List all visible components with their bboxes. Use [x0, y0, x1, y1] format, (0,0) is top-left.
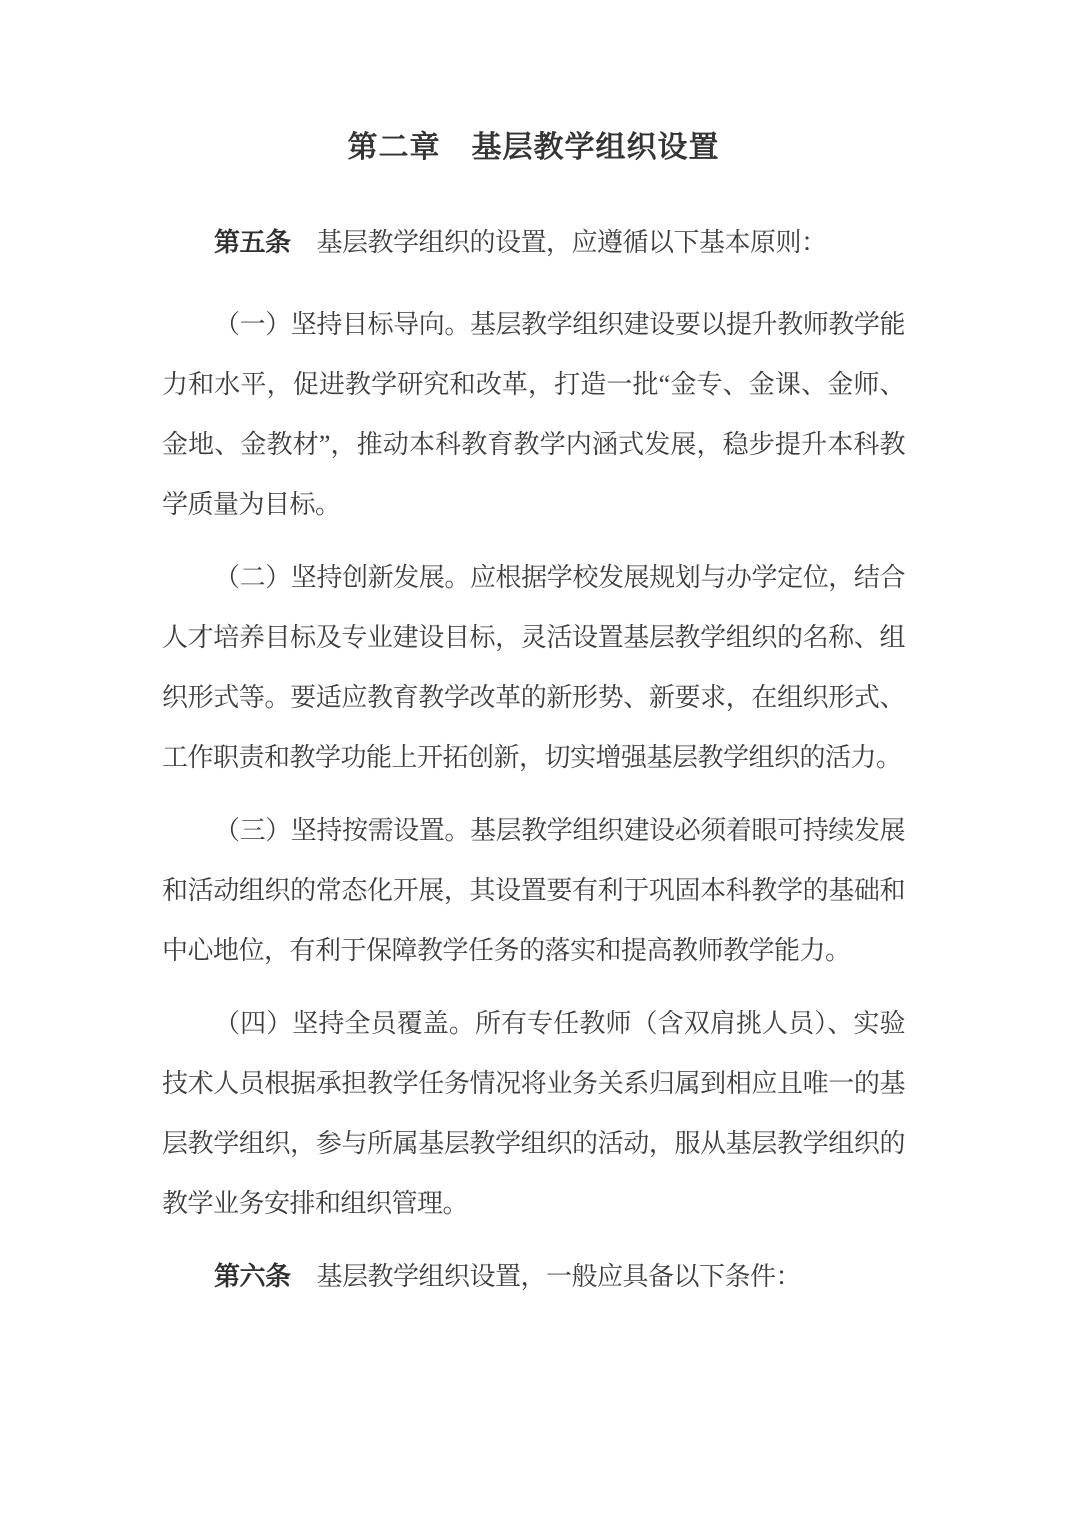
article-5-number: 第五条	[214, 228, 291, 257]
article-6-number: 第六条	[214, 1262, 291, 1291]
article-6-text: 基层教学组织设置，一般应具备以下条件：	[317, 1262, 802, 1291]
principle-3-text: （三）坚持按需设置。基层教学组织建设必须着眼可持续发展和活动组织的常态化开展，其…	[162, 816, 905, 965]
article-5-paragraph: 第五条基层教学组织的设置，应遵循以下基本原则：	[162, 213, 905, 273]
principle-2-paragraph: （二）坚持创新发展。应根据学校发展规划与办学定位，结合人才培养目标及专业建设目标…	[162, 548, 905, 788]
chapter-title: 第二章 基层教学组织设置	[162, 128, 905, 168]
principle-4-paragraph: （四）坚持全员覆盖。所有专任教师（含双肩挑人员）、实验技术人员根据承担教学任务情…	[162, 994, 905, 1234]
principle-4-text: （四）坚持全员覆盖。所有专任教师（含双肩挑人员）、实验技术人员根据承担教学任务情…	[162, 1009, 905, 1218]
principle-1-text: （一）坚持目标导向。基层教学组织建设要以提升教师教学能力和水平，促进教学研究和改…	[162, 310, 905, 519]
article-6-paragraph: 第六条基层教学组织设置，一般应具备以下条件：	[162, 1247, 905, 1307]
principle-3-paragraph: （三）坚持按需设置。基层教学组织建设必须着眼可持续发展和活动组织的常态化开展，其…	[162, 801, 905, 981]
principle-1-paragraph: （一）坚持目标导向。基层教学组织建设要以提升教师教学能力和水平，促进教学研究和改…	[162, 295, 905, 535]
document-page: 第二章 基层教学组织设置 第五条基层教学组织的设置，应遵循以下基本原则： （一）…	[0, 0, 1074, 1520]
principle-2-text: （二）坚持创新发展。应根据学校发展规划与办学定位，结合人才培养目标及专业建设目标…	[162, 563, 905, 772]
article-5-text: 基层教学组织的设置，应遵循以下基本原则：	[317, 228, 827, 257]
